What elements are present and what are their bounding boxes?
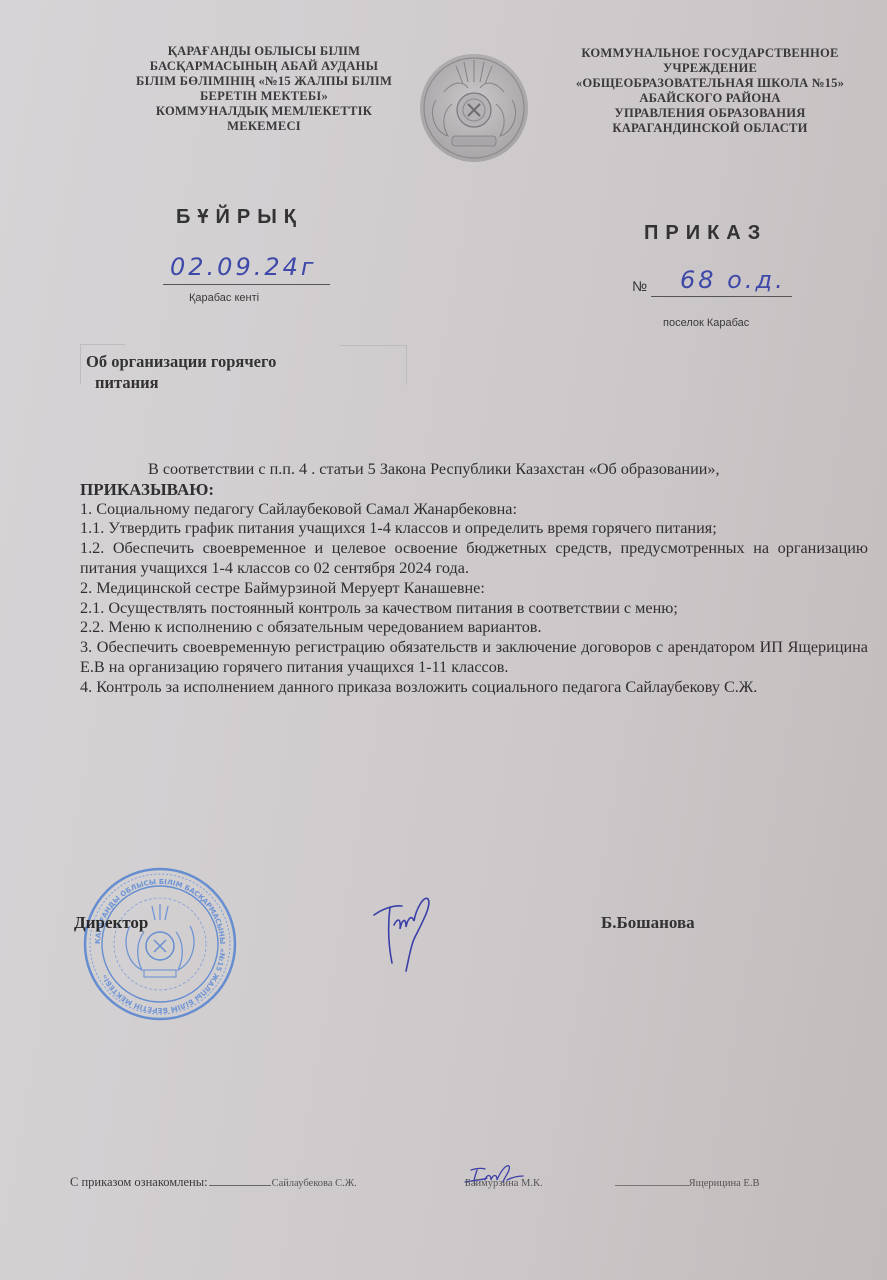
state-emblem-icon	[418, 52, 530, 164]
subject-frame-corner	[80, 344, 125, 345]
date-underline	[163, 284, 330, 285]
header-ru-line: «ОБЩЕОБРАЗОВАТЕЛЬНАЯ ШКОЛА №15»	[540, 76, 880, 91]
number-underline	[651, 296, 792, 297]
subject-frame-corner	[406, 345, 407, 385]
svg-text:«№15 ЖАЛПЫ БІЛІМ БЕРЕТІН МЕКТЕ: «№15 ЖАЛПЫ БІЛІМ БЕРЕТІН МЕКТЕБІ»	[100, 948, 226, 1014]
acknowledgement-label: С приказом ознакомлены:	[70, 1175, 208, 1189]
body-item: 2.2. Меню к исполнению с обязательным че…	[80, 618, 868, 638]
subject-line-2: питания	[86, 372, 276, 393]
signature-blank	[615, 1185, 689, 1186]
header-kz-line: БІЛІМ БӨЛІМІНІҢ «№15 ЖАЛПЫ БІЛІМ	[96, 74, 432, 89]
order-date-handwritten: 02.09.24г	[170, 253, 316, 281]
order-body: В соответствии с п.п. 4 . статьи 5 Закон…	[80, 460, 868, 698]
subject-line-1: Об организации горячего	[86, 351, 276, 372]
header-ru-line: АБАЙСКОГО РАЙОНА	[540, 91, 880, 106]
subject-frame-corner	[80, 344, 81, 384]
acknowledgement-line: С приказом ознакомлены:Сайлаубекова С.Ж.…	[70, 1175, 759, 1190]
header-kz-line: БЕРЕТІН МЕКТЕБІ»	[96, 89, 432, 104]
place-ru: поселок Карабас	[663, 317, 749, 329]
acknowledged-name: Ящерицина Е.В	[689, 1178, 760, 1189]
body-item: 1.2. Обеспечить своевременное и целевое …	[80, 539, 868, 579]
order-number-handwritten: 68 о.д.	[680, 266, 786, 294]
body-item: 2. Медицинской сестре Баймурзиной Меруер…	[80, 579, 868, 599]
body-intro: В соответствии с п.п. 4 . статьи 5 Закон…	[80, 460, 868, 480]
body-item: 1.1. Утвердить график питания учащихся 1…	[80, 519, 868, 539]
signer-name: Б.Бошанова	[601, 913, 695, 933]
header-ru-line: УПРАВЛЕНИЯ ОБРАЗОВАНИЯ	[540, 106, 880, 121]
body-item: 4. Контроль за исполнением данного прика…	[80, 678, 868, 698]
body-item: 1. Социальному педагогу Сайлаубековой Са…	[80, 500, 868, 520]
body-command: ПРИКАЗЫВАЮ:	[80, 480, 868, 500]
order-number-sign: №	[632, 278, 647, 294]
header-kz-line: КОММУНАЛДЫҚ МЕМЛЕКЕТТІК	[96, 104, 432, 119]
order-subject: Об организации горячего питания	[86, 351, 276, 393]
acknowledged-name: Сайлаубекова С.Ж.	[272, 1178, 357, 1189]
director-signature-icon	[368, 893, 438, 973]
body-item: 2.1. Осуществлять постоянный контроль за…	[80, 599, 868, 619]
order-title-kz: БҰЙРЫҚ	[176, 206, 303, 229]
header-org-name-kz: ҚАРАҒАНДЫ ОБЛЫСЫ БІЛІМ БАСҚАРМАСЫНЫҢ АБА…	[96, 44, 432, 134]
signature-blank	[209, 1185, 271, 1186]
round-stamp-icon: КАРАҒАНДЫ ОБЛЫСЫ БІЛІМ БАСҚАРМАСЫНЫҢ «№1…	[82, 866, 238, 1022]
header-kz-line: ҚАРАҒАНДЫ ОБЛЫСЫ БІЛІМ	[96, 44, 432, 59]
subject-frame-corner	[340, 345, 406, 346]
header-ru-line: КАРАГАНДИНСКОЙ ОБЛАСТИ	[540, 121, 880, 136]
signer-position: Директор	[74, 913, 148, 933]
header-ru-line: УЧРЕЖДЕНИЕ	[540, 61, 880, 76]
header-kz-line: МЕКЕМЕСІ	[96, 119, 432, 134]
header-org-name-ru: КОММУНАЛЬНОЕ ГОСУДАРСТВЕННОЕ УЧРЕЖДЕНИЕ …	[540, 46, 880, 136]
body-item: 3. Обеспечить своевременную регистрацию …	[80, 638, 868, 678]
order-title-ru: ПРИКАЗ	[644, 222, 767, 245]
acknowledged-name: Баймурзина М.К.	[465, 1178, 543, 1189]
header-kz-line: БАСҚАРМАСЫНЫҢ АБАЙ АУДАНЫ	[96, 59, 432, 74]
header-ru-line: КОММУНАЛЬНОЕ ГОСУДАРСТВЕННОЕ	[540, 46, 880, 61]
place-kz: Қарабас кенті	[189, 292, 259, 304]
